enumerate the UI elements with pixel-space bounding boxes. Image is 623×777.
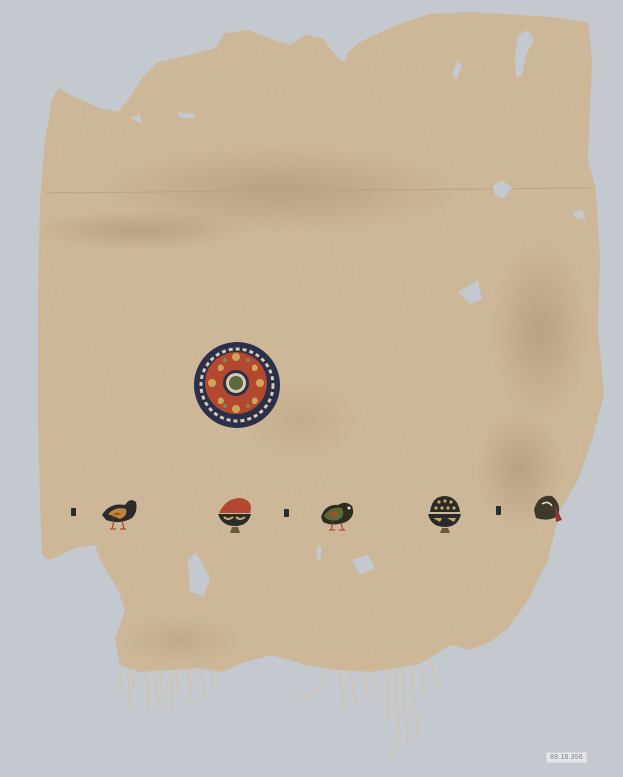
fringe <box>120 660 440 760</box>
dot-motif <box>284 509 289 517</box>
textile-fragment <box>0 0 623 777</box>
accession-label: 89.18.356 <box>546 752 587 763</box>
dot-motif <box>71 508 76 516</box>
dot-motif <box>496 506 501 515</box>
roundel <box>194 342 280 428</box>
photo-stage: 89.18.356 <box>0 0 623 777</box>
